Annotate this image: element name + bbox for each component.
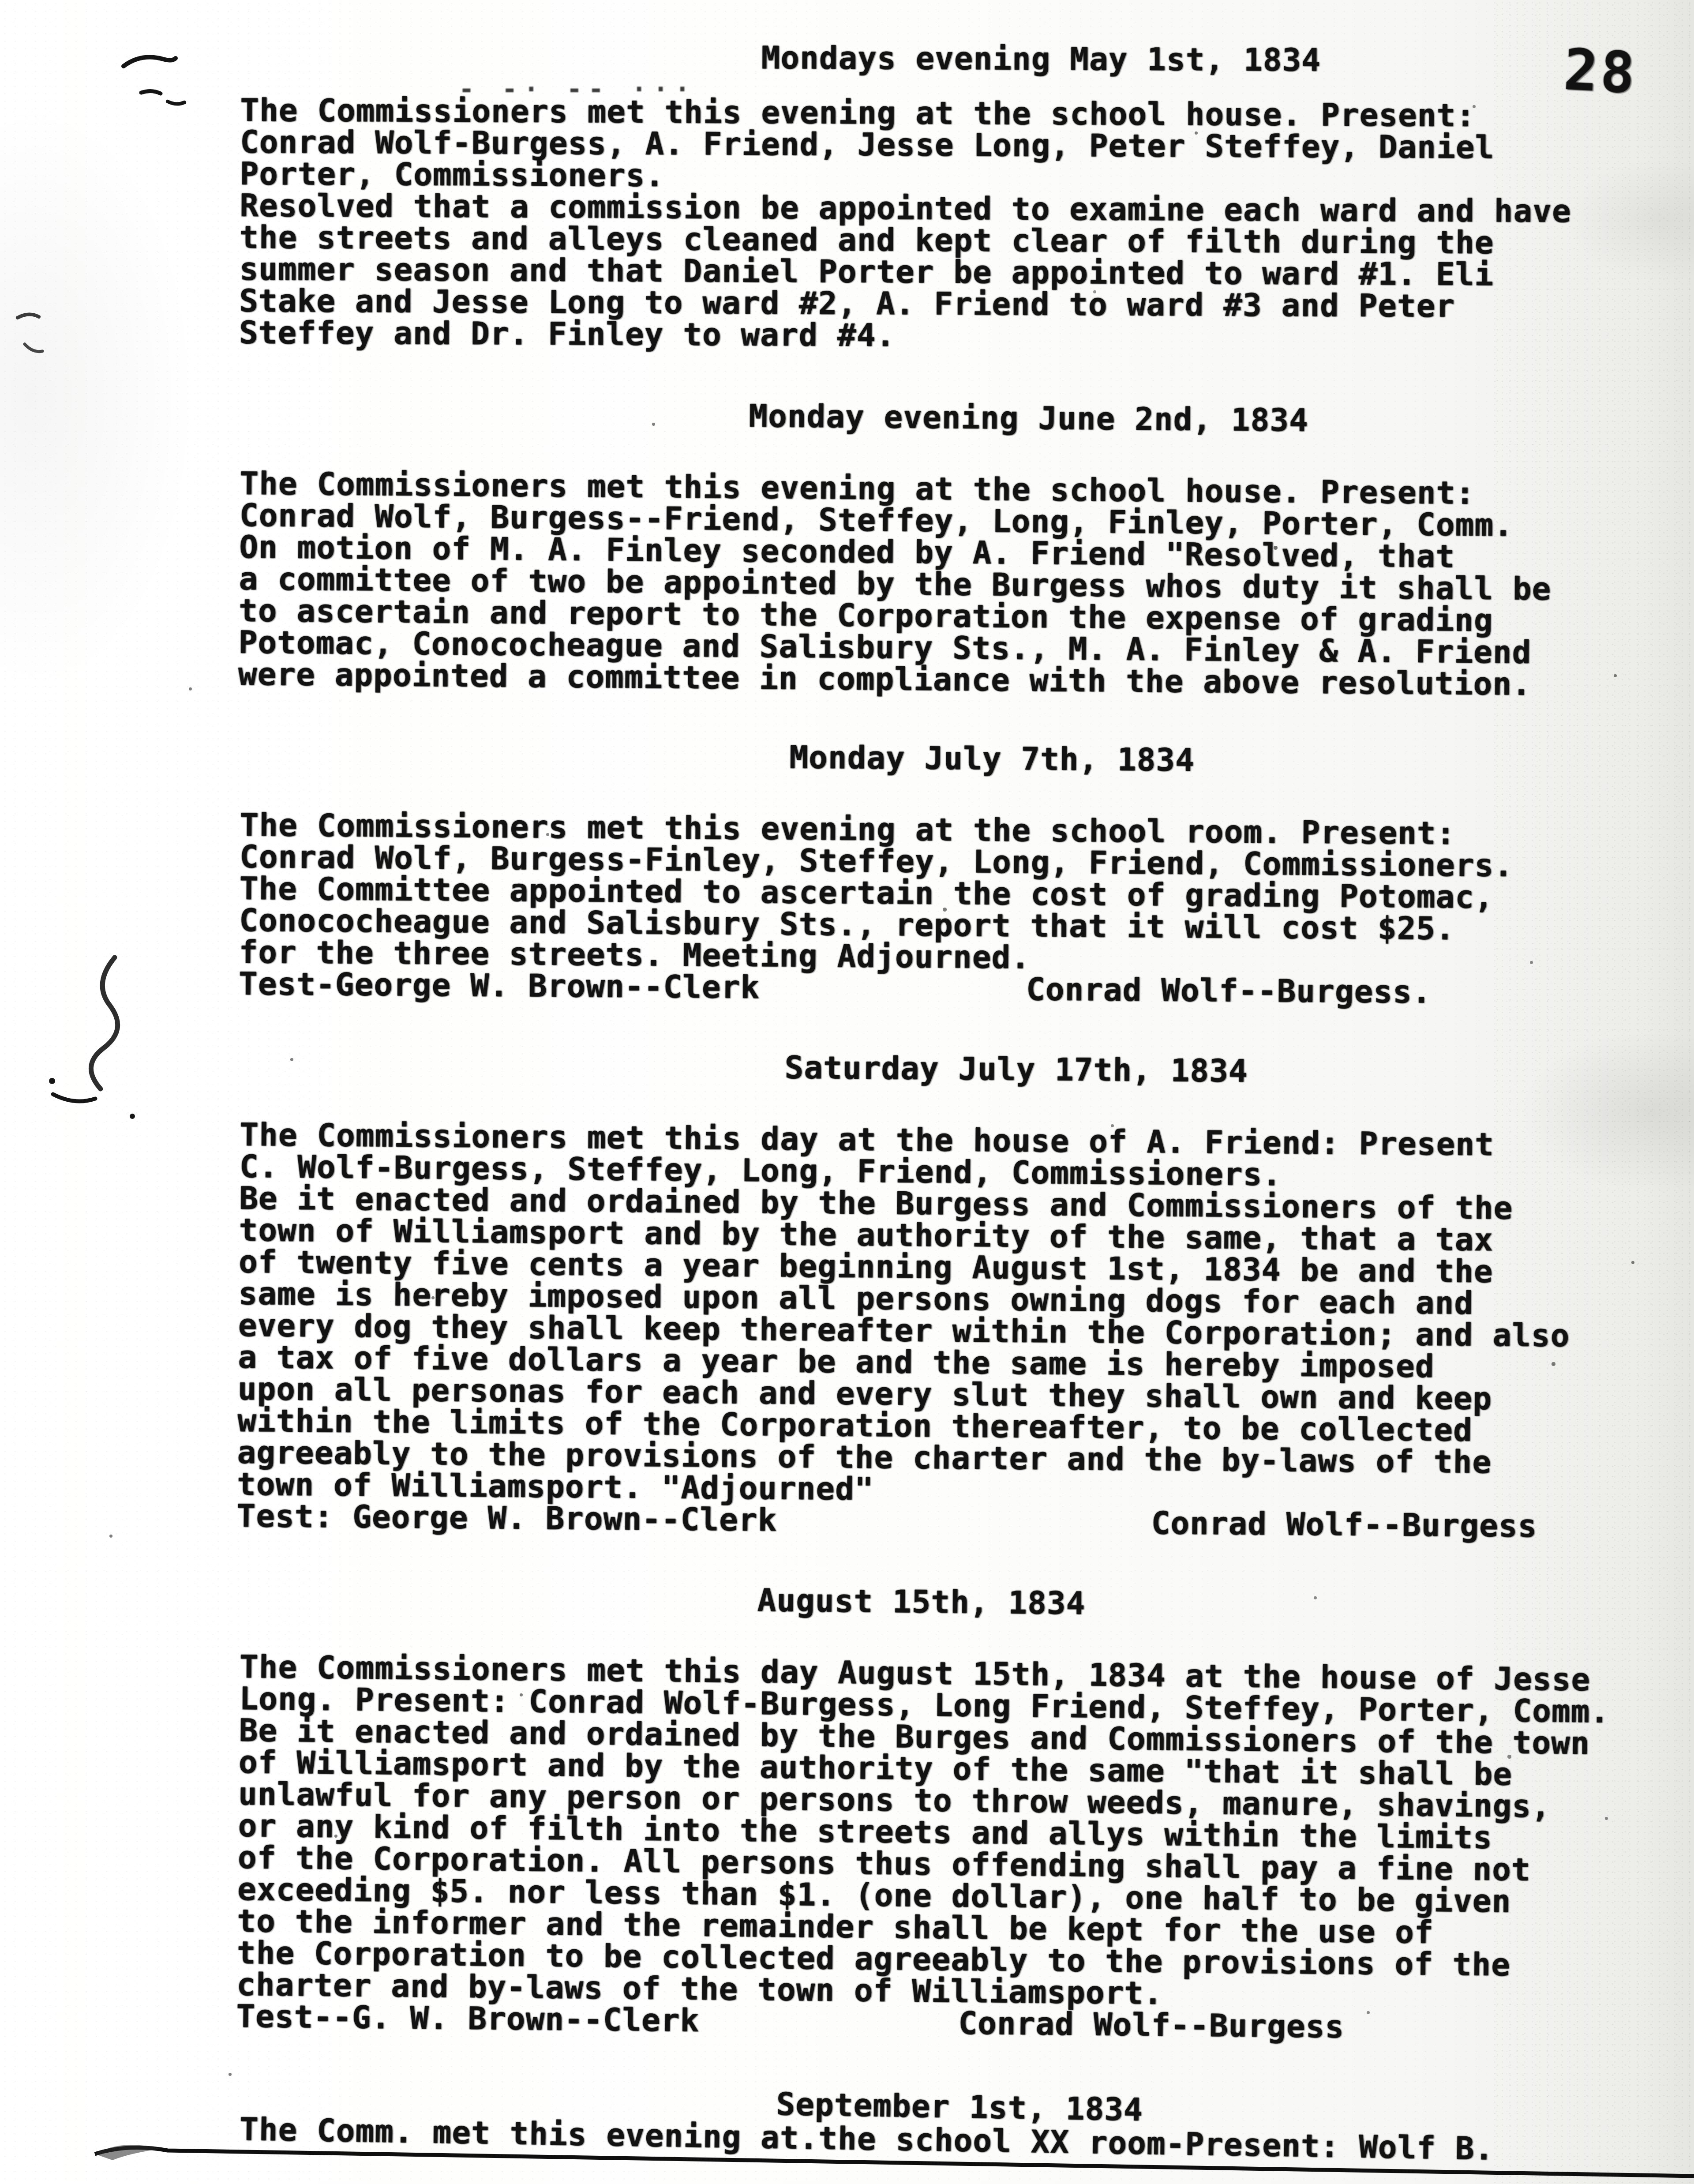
scan-speckles bbox=[0, 0, 1, 1]
clerk-attestation: Test-George W. Brown--Clerk bbox=[239, 965, 760, 1006]
section-body: The Commissioners met this day at the ho… bbox=[236, 1119, 1625, 1543]
minutes-section: August 15th, 1834The Commissioners met t… bbox=[236, 1580, 1626, 2045]
document-line: were appointed a committee in compliance… bbox=[238, 658, 1623, 701]
section-heading: Monday evening June 2nd, 1834 bbox=[336, 397, 1694, 440]
section-body: The Commissioners met this day August 15… bbox=[236, 1651, 1625, 2045]
clerk-attestation: Test: George W. Brown--Clerk bbox=[236, 1497, 777, 1539]
scanned-document-page: - -· -- ··· 28 Mondays evening May 1st, … bbox=[0, 0, 1694, 2184]
signoff-line: Test: George W. Brown--ClerkConrad Wolf-… bbox=[236, 1500, 1622, 1543]
section-body: The Commissioners met this evening at th… bbox=[238, 468, 1625, 701]
burgess-signature: Conrad Wolf--Burgess. bbox=[1026, 973, 1432, 1008]
ink-squiggle-left-margin bbox=[40, 949, 154, 1134]
ink-marks-mid-left bbox=[9, 304, 71, 375]
minutes-section: Monday evening June 2nd, 1834The Commiss… bbox=[238, 396, 1626, 701]
section-heading: Saturday July 17th, 1834 bbox=[323, 1048, 1694, 1091]
signoff-line: Test-George W. Brown--ClerkConrad Wolf--… bbox=[239, 968, 1624, 1009]
burgess-signature: Conrad Wolf--Burgess bbox=[958, 2008, 1345, 2043]
document-body: Mondays evening May 1st, 1834The Commiss… bbox=[240, 40, 1626, 2145]
section-heading: Mondays evening May 1st, 1834 bbox=[349, 40, 1694, 78]
minutes-section: Mondays evening May 1st, 1834The Commiss… bbox=[239, 40, 1626, 355]
minutes-section: Monday July 7th, 1834The Commissioners m… bbox=[239, 738, 1626, 1009]
section-heading: August 15th, 1834 bbox=[229, 1580, 1614, 1625]
ink-squiggle-top-left bbox=[115, 40, 247, 119]
clerk-attestation: Test--G. W. Brown--Clerk bbox=[236, 1998, 700, 2039]
minutes-section: September 1st, 1834The Comm. met this ev… bbox=[240, 2080, 1626, 2167]
burgess-signature: Conrad Wolf--Burgess bbox=[1151, 1507, 1537, 1542]
section-heading: Monday July 7th, 1834 bbox=[299, 738, 1684, 780]
section-body: The Commissioners met this evening at th… bbox=[239, 94, 1625, 355]
minutes-section: Saturday July 17th, 1834The Commissioner… bbox=[236, 1047, 1626, 1543]
section-body: The Commissioners met this evening at th… bbox=[239, 809, 1625, 1009]
